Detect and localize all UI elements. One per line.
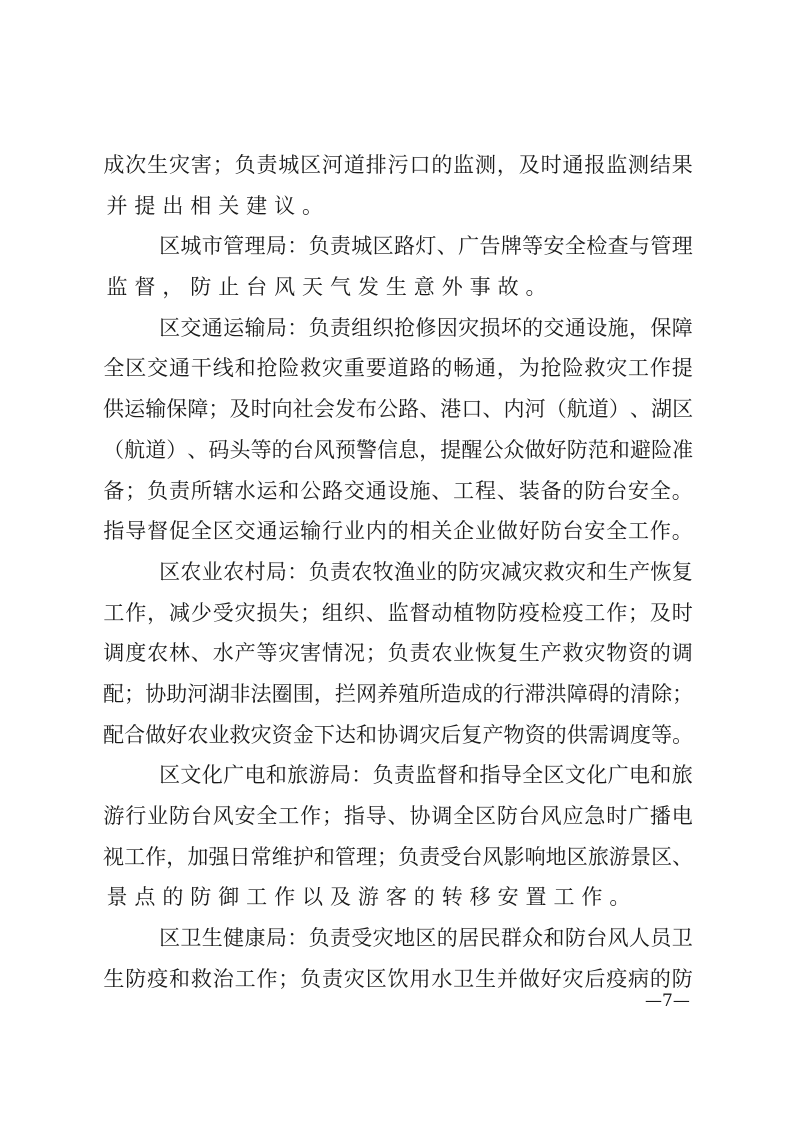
paragraph: 区农业农村局：负责农牧渔业的防灾减灾救灾和生产恢复工作，减少受灾损失；组织、监督… <box>103 552 693 755</box>
text-line: 配；协助河湖非法圈围，拦网养殖所造成的行滞洪障碍的清除； <box>103 674 693 715</box>
text-line: 供运输保障；及时向社会发布公路、港口、内河（航道）、湖区 <box>103 389 693 430</box>
text-line: 区交通运输局：负责组织抢修因灾损坏的交通设施，保障 <box>103 308 693 349</box>
text-line: 工作，减少受灾损失；组织、监督动植物防疫检疫工作；及时 <box>103 593 693 634</box>
text-line: 生防疫和救治工作；负责灾区饮用水卫生并做好灾后疫病的防 <box>103 959 693 1000</box>
text-line: 成次生灾害；负责城区河道排污口的监测，及时通报监测结果 <box>103 145 693 186</box>
paragraph: 区交通运输局：负责组织抢修因灾损坏的交通设施，保障全区交通干线和抢险救灾重要道路… <box>103 308 693 552</box>
text-line: 景点的防御工作以及游客的转移安置工作。 <box>103 877 693 918</box>
document-body: 成次生灾害；负责城区河道排污口的监测，及时通报监测结果并提出相关建议。区城市管理… <box>103 145 693 999</box>
paragraph: 成次生灾害；负责城区河道排污口的监测，及时通报监测结果并提出相关建议。 <box>103 145 693 226</box>
paragraph: 区文化广电和旅游局：负责监督和指导全区文化广电和旅游行业防台风安全工作；指导、协… <box>103 755 693 918</box>
text-line: 全区交通干线和抢险救灾重要道路的畅通，为抢险救灾工作提 <box>103 348 693 389</box>
text-line: 监督，防止台风天气发生意外事故。 <box>103 267 693 308</box>
text-line: 配合做好农业救灾资金下达和协调灾后复产物资的供需调度等。 <box>103 715 693 756</box>
text-line: 区卫生健康局：负责受灾地区的居民群众和防台风人员卫 <box>103 918 693 959</box>
text-line: 区文化广电和旅游局：负责监督和指导全区文化广电和旅 <box>103 755 693 796</box>
text-line: 区城市管理局：负责城区路灯、广告牌等安全检查与管理 <box>103 226 693 267</box>
page-number: —7— <box>645 991 690 1011</box>
text-line: 备；负责所辖水运和公路交通设施、工程、装备的防台安全。 <box>103 471 693 512</box>
text-line: 调度农林、水产等灾害情况；负责农业恢复生产救灾物资的调 <box>103 633 693 674</box>
text-line: 视工作，加强日常维护和管理；负责受台风影响地区旅游景区、 <box>103 837 693 878</box>
paragraph: 区城市管理局：负责城区路灯、广告牌等安全检查与管理监督，防止台风天气发生意外事故… <box>103 226 693 307</box>
text-line: 指导督促全区交通运输行业内的相关企业做好防台安全工作。 <box>103 511 693 552</box>
text-line: 区农业农村局：负责农牧渔业的防灾减灾救灾和生产恢复 <box>103 552 693 593</box>
paragraph: 区卫生健康局：负责受灾地区的居民群众和防台风人员卫生防疫和救治工作；负责灾区饮用… <box>103 918 693 999</box>
document-page: 成次生灾害；负责城区河道排污口的监测，及时通报监测结果并提出相关建议。区城市管理… <box>0 0 793 1122</box>
text-line: （航道）、码头等的台风预警信息，提醒公众做好防范和避险准 <box>103 430 693 471</box>
text-line: 游行业防台风安全工作；指导、协调全区防台风应急时广播电 <box>103 796 693 837</box>
text-line: 并提出相关建议。 <box>103 186 693 227</box>
